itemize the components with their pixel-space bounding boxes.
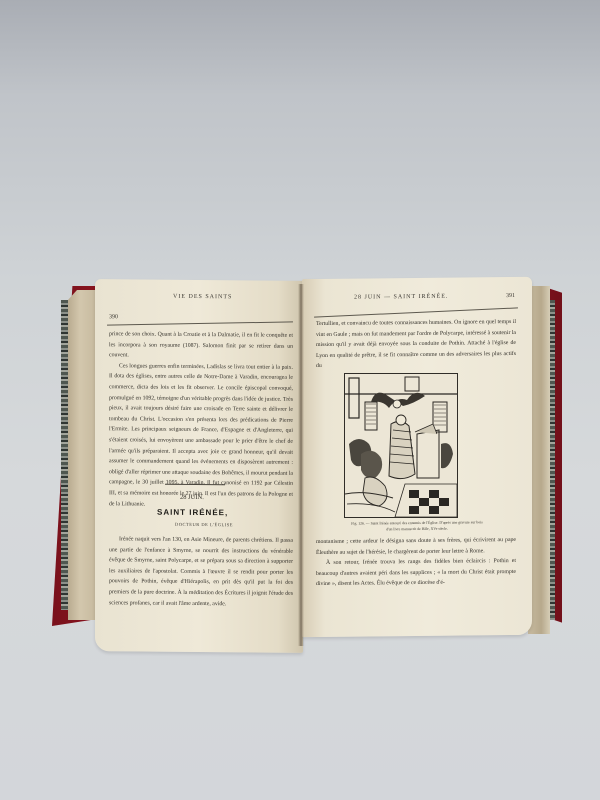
paragraph: Ces longues guerres enfin terminées, Lad… [109, 361, 293, 511]
woodcut-scene-icon [345, 374, 457, 517]
header-rule-right [314, 307, 518, 317]
paragraph: À son retour, Irénée trouva les rangs de… [316, 556, 516, 590]
left-page: 390 VIE DES SAINTS prince de son choix. … [95, 279, 303, 653]
woodcut-illustration [344, 373, 458, 518]
section-date: 28 JUIN. [180, 494, 204, 501]
paragraph: Irénée naquit vers l'an 130, en Asie Min… [109, 534, 293, 610]
body-text-right-top: Tertullien, et convaincu de toutes conna… [316, 317, 516, 372]
paragraph: prince de son choix. Quant à la Croatie … [109, 329, 293, 362]
book-gutter [298, 284, 304, 646]
running-head-left: VIE DES SAINTS [173, 294, 232, 301]
body-text-right-bottom: montanisme ; cette ardeur le désigna san… [316, 535, 516, 590]
header-rule-left [107, 321, 293, 325]
paragraph: montanisme ; cette ardeur le désigna san… [316, 535, 516, 558]
figure-caption: Fig. 126. — Saint Irénée entouré des enn… [322, 519, 512, 533]
body-text-left-bottom: Irénée naquit vers l'an 130, en Asie Min… [109, 534, 293, 610]
marbled-endpaper-left [61, 300, 68, 610]
page-block-edge-left [68, 290, 98, 620]
section-title: SAINT IRÉNÉE, [157, 508, 228, 518]
page-number-left: 390 [109, 314, 118, 320]
section-subtitle: DOCTEUR DE L'ÉGLISE [175, 522, 233, 528]
page-number-right: 391 [506, 293, 515, 299]
book-photo: 390 VIE DES SAINTS prince de son choix. … [0, 0, 600, 800]
paragraph: Tertullien, et convaincu de toutes conna… [316, 317, 516, 372]
running-head-right: 28 JUIN — SAINT IRÉNÉE. [354, 294, 448, 301]
